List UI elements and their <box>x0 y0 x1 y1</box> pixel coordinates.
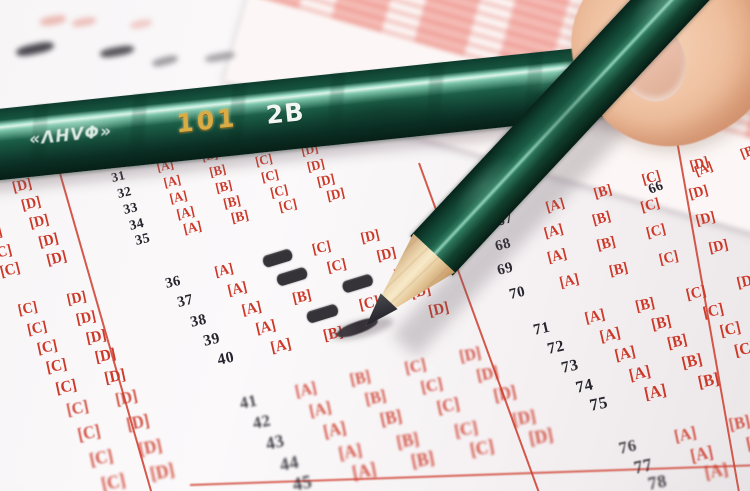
bubble-option-B: [B] <box>348 366 372 390</box>
question-number: 75 <box>588 392 610 415</box>
bubble-option-B: [B] <box>395 428 421 453</box>
bubble-option-D: [D] <box>510 406 537 431</box>
bubble-option-B: [B] <box>727 411 750 435</box>
bubble-option-B: [B] <box>410 449 437 474</box>
bubble-option-C: [C] <box>732 337 750 361</box>
question-number: 76 <box>617 435 639 458</box>
question-number: 45 <box>291 472 314 491</box>
question-number: 70 <box>508 284 527 304</box>
bubble-option-C: [C] <box>453 417 480 442</box>
question-number: 78 <box>646 471 669 491</box>
photo-answer-sheet-scene: [C][D][C][D][C][D][C][D][C][D][C][D][C][… <box>0 0 750 491</box>
question-number: 44 <box>278 452 301 476</box>
bubble-option-B: [B] <box>378 405 404 430</box>
pencil-grade-label: 2B <box>265 97 306 130</box>
question-number: 43 <box>264 430 286 454</box>
bubble-option-C: [C] <box>100 471 128 491</box>
question-number: 72 <box>546 337 567 358</box>
question-number: 37 <box>176 292 195 312</box>
question-number: 73 <box>560 356 581 377</box>
bubble-option-A: [A] <box>703 459 730 484</box>
question-number: 35 <box>134 231 152 250</box>
bubble-option-A: [A] <box>337 439 364 464</box>
question-number: 42 <box>251 410 273 433</box>
